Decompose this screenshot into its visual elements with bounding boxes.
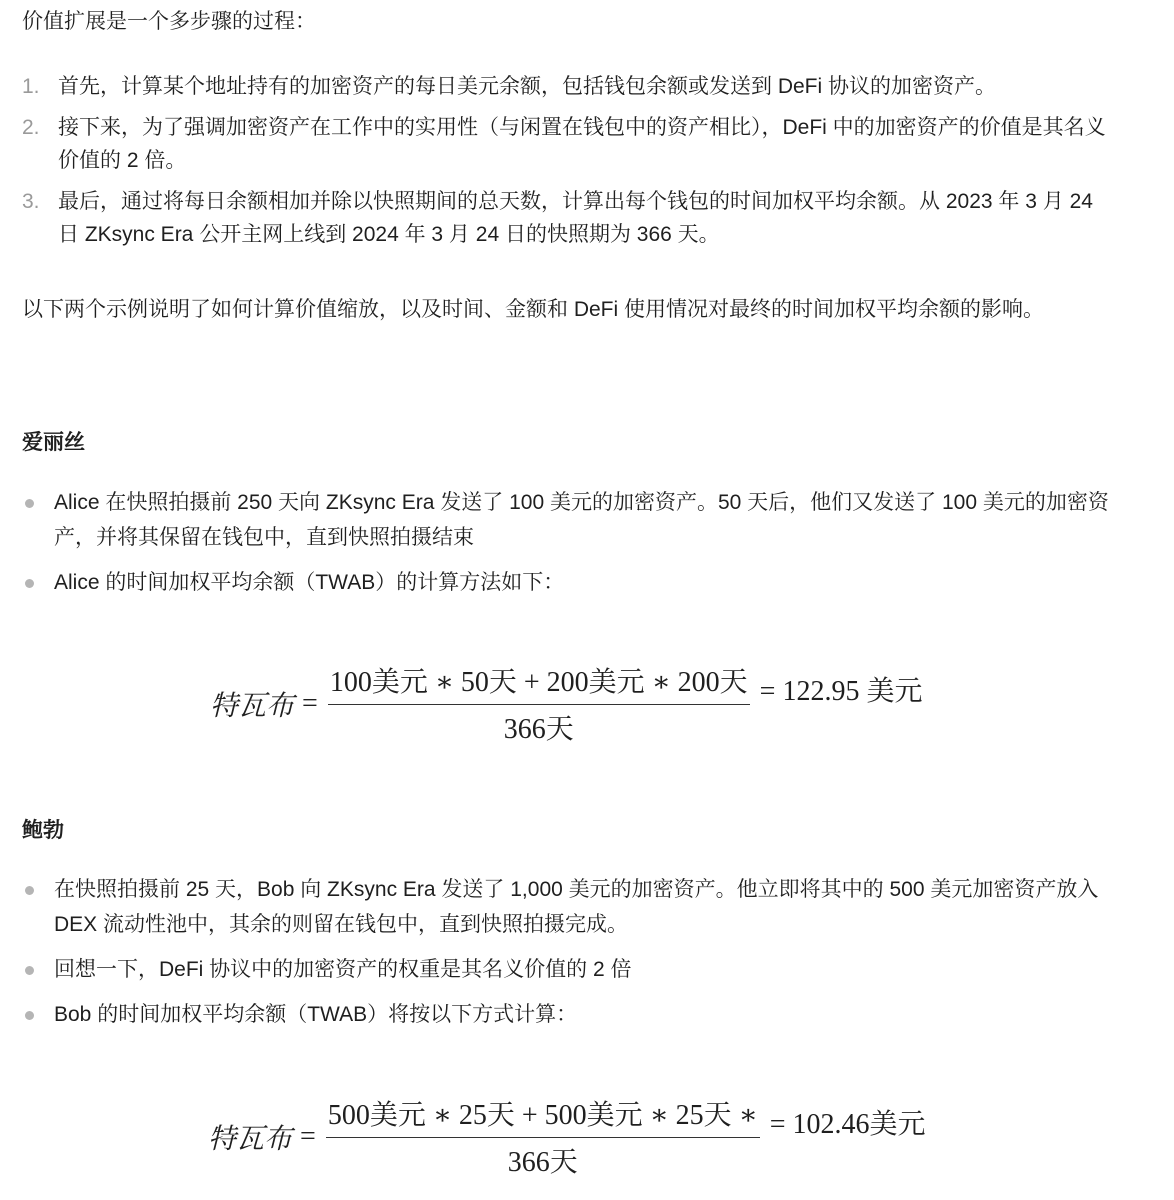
formula-numerator: 100美元 ∗ 50天 + 200美元 ∗ 200天 xyxy=(328,660,750,705)
examples-intro-text: 以下两个示例说明了如何计算价值缩放，以及时间、金额和 DeFi 使用情况对最终的… xyxy=(22,292,1102,327)
bullet-icon xyxy=(25,579,34,588)
list-item-text: 回想一下，DeFi 协议中的加密资产的权重是其名义价值的 2 倍 xyxy=(54,958,632,981)
list-item: 2. 接下来，为了强调加密资产在工作中的实用性（与闲置在钱包中的资产相比），De… xyxy=(22,111,1112,177)
formula-denominator: 366天 xyxy=(504,705,574,747)
formula-result: = 122.95 美元 xyxy=(760,669,923,709)
bob-formula: 特瓦布 = 500美元 ∗ 25天 + 500美元 ∗ 25天 ∗ 366天 =… xyxy=(208,1093,936,1180)
bullet-icon xyxy=(25,499,34,508)
formula-lhs: 特瓦布 xyxy=(208,1117,292,1157)
steps-list: 1. 首先，计算某个地址持有的加密资产的每日美元余额，包括钱包余额或发送到 De… xyxy=(22,70,1112,251)
formula-equals: = xyxy=(302,688,318,720)
alice-bullets: Alice 在快照拍摄前 250 天向 ZKsync Era 发送了 100 美… xyxy=(22,485,1122,600)
formula-denominator: 366天 xyxy=(508,1138,578,1180)
list-item-text: 接下来，为了强调加密资产在工作中的实用性（与闲置在钱包中的资产相比），DeFi … xyxy=(58,116,1106,172)
list-number: 1. xyxy=(22,70,40,103)
list-item: 1. 首先，计算某个地址持有的加密资产的每日美元余额，包括钱包余额或发送到 De… xyxy=(22,70,1112,103)
bob-heading: 鲍勃 xyxy=(22,814,64,844)
bullet-icon xyxy=(25,886,34,895)
formula-fraction: 500美元 ∗ 25天 + 500美元 ∗ 25天 ∗ 366天 xyxy=(326,1093,760,1180)
bullet-icon xyxy=(25,966,34,975)
list-item: Alice 在快照拍摄前 250 天向 ZKsync Era 发送了 100 美… xyxy=(22,485,1122,555)
list-item: Alice 的时间加权平均余额（TWAB）的计算方法如下： xyxy=(22,565,1122,600)
list-item: 在快照拍摄前 25 天，Bob 向 ZKsync Era 发送了 1,000 美… xyxy=(22,872,1122,942)
alice-heading: 爱丽丝 xyxy=(22,426,85,456)
list-number: 3. xyxy=(22,185,40,218)
list-number: 2. xyxy=(22,111,40,144)
list-item-text: 首先，计算某个地址持有的加密资产的每日美元余额，包括钱包余额或发送到 DeFi … xyxy=(58,75,996,98)
formula-result: = 102.46美元 xyxy=(770,1102,926,1142)
formula-lhs: 特瓦布 xyxy=(210,684,294,724)
formula-numerator: 500美元 ∗ 25天 + 500美元 ∗ 25天 ∗ xyxy=(326,1093,760,1138)
list-item: 回想一下，DeFi 协议中的加密资产的权重是其名义价值的 2 倍 xyxy=(22,952,1122,987)
list-item-text: 在快照拍摄前 25 天，Bob 向 ZKsync Era 发送了 1,000 美… xyxy=(54,878,1098,936)
list-item-text: 最后，通过将每日余额相加并除以快照期间的总天数，计算出每个钱包的时间加权平均余额… xyxy=(58,190,1093,246)
list-item: Bob 的时间加权平均余额（TWAB）将按以下方式计算： xyxy=(22,997,1122,1032)
intro-text: 价值扩展是一个多步骤的过程： xyxy=(22,4,1102,39)
list-item-text: Alice 在快照拍摄前 250 天向 ZKsync Era 发送了 100 美… xyxy=(54,491,1109,549)
alice-formula: 特瓦布 = 100美元 ∗ 50天 + 200美元 ∗ 200天 366天 = … xyxy=(210,660,932,747)
list-item-text: Bob 的时间加权平均余额（TWAB）将按以下方式计算： xyxy=(54,1003,577,1026)
formula-equals: = xyxy=(300,1121,316,1153)
bullet-icon xyxy=(25,1011,34,1020)
list-item-text: Alice 的时间加权平均余额（TWAB）的计算方法如下： xyxy=(54,571,564,594)
formula-fraction: 100美元 ∗ 50天 + 200美元 ∗ 200天 366天 xyxy=(328,660,750,747)
bob-bullets: 在快照拍摄前 25 天，Bob 向 ZKsync Era 发送了 1,000 美… xyxy=(22,872,1122,1032)
list-item: 3. 最后，通过将每日余额相加并除以快照期间的总天数，计算出每个钱包的时间加权平… xyxy=(22,185,1112,251)
